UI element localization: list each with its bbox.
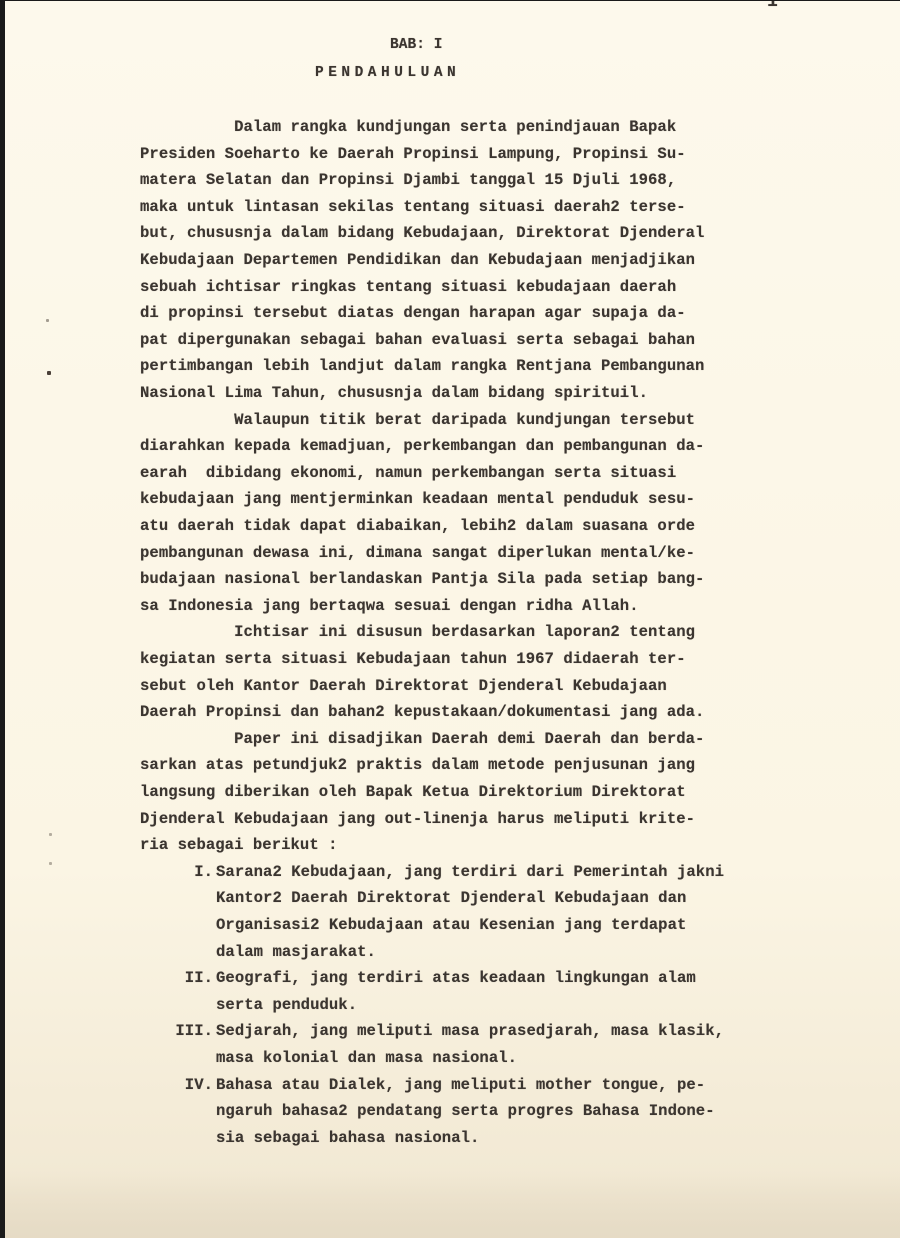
text-line: maka untuk lintasan sekilas tentang situ… (140, 198, 686, 216)
text-line: Ichtisar ini disusun berdasarkan laporan… (140, 623, 695, 641)
text-line: Presiden Soeharto ke Daerah Propinsi Lam… (140, 145, 686, 163)
text-line: pertimbangan lebih landjut dalam rangka … (140, 357, 704, 375)
punch-mark (49, 862, 52, 865)
text-line: di propinsi tersebut diatas dengan harap… (140, 304, 686, 322)
criteria-line: Sarana2 Kebudajaan, jang terdiri dari Pe… (216, 863, 724, 881)
criteria-numeral: IV. (185, 1076, 213, 1094)
criteria-line: serta penduduk. (216, 996, 357, 1014)
criteria-line: Geografi, jang terdiri atas keadaan ling… (216, 969, 696, 987)
criteria-line: sia sebagai bahasa nasional. (216, 1129, 479, 1147)
text-line: pat dipergunakan sebagai bahan evaluasi … (140, 331, 695, 349)
criteria-line: masa kolonial dan masa nasional. (216, 1049, 517, 1067)
text-line: pembangunan dewasa ini, dimana sangat di… (140, 544, 695, 562)
criteria-line: Organisasi2 Kebudajaan atau Kesenian jan… (216, 916, 686, 934)
text-line: matera Selatan dan Propinsi Djambi tangg… (140, 171, 676, 189)
criteria-line: Kantor2 Daerah Direktorat Djenderal Kebu… (216, 889, 686, 907)
text-line: sebut oleh Kantor Daerah Direktorat Djen… (140, 677, 667, 695)
text-line: kegiatan serta situasi Kebudajaan tahun … (140, 650, 686, 668)
chapter-label: BAB: I (390, 37, 443, 53)
text-line: earah dibidang ekonomi, namun perkembang… (140, 464, 676, 482)
criteria-numeral: II. (185, 969, 213, 987)
text-line: Daerah Propinsi dan bahan2 kepustakaan/d… (140, 703, 704, 721)
document-page: 1 BAB: I PENDAHULUAN Dalam rangka kundju… (5, 1, 900, 1238)
page-number: 1 (767, 1, 778, 12)
criteria-line: dalam masjarakat. (216, 943, 376, 961)
text-line: Djenderal Kebudajaan jang out-linenja ha… (140, 810, 695, 828)
text-line: Kebudajaan Departemen Pendidikan dan Keb… (140, 251, 695, 269)
text-line: ria sebagai berikut : (140, 836, 338, 854)
criteria-line: Sedjarah, jang meliputi masa prasedjarah… (216, 1022, 724, 1040)
text-line: sebuah ichtisar ringkas tentang situasi … (140, 278, 676, 296)
criteria-numeral: III. (175, 1022, 213, 1040)
criteria-line: Bahasa atau Dialek, jang meliputi mother… (216, 1076, 705, 1094)
text-line: Walaupun titik berat daripada kundjungan… (140, 411, 695, 429)
text-line: Paper ini disadjikan Daerah demi Daerah … (140, 730, 704, 748)
text-line: diarahkan kepada kemadjuan, perkembangan… (140, 437, 704, 455)
text-line: Dalam rangka kundjungan serta penindjaua… (140, 118, 676, 136)
text-line: atu daerah tidak dapat diabaikan, lebih2… (140, 517, 695, 535)
text-line: budajaan nasional berlandaskan Pantja Si… (140, 570, 704, 588)
punch-mark (46, 319, 49, 322)
punch-mark (49, 833, 52, 836)
punch-mark (47, 371, 51, 375)
criteria-line: ngaruh bahasa2 pendatang serta progres B… (216, 1102, 715, 1120)
text-line: but, chususnja dalam bidang Kebudajaan, … (140, 224, 704, 242)
text-line: langsung diberikan oleh Bapak Ketua Dire… (140, 783, 686, 801)
text-line: sa Indonesia jang bertaqwa sesuai dengan… (140, 597, 639, 615)
text-line: sarkan atas petundjuk2 praktis dalam met… (140, 756, 695, 774)
text-line: Nasional Lima Tahun, chususnja dalam bid… (140, 384, 648, 402)
chapter-title: PENDAHULUAN (315, 65, 460, 81)
text-line: kebudajaan jang mentjerminkan keadaan me… (140, 490, 695, 508)
criteria-numeral: I. (194, 863, 213, 881)
